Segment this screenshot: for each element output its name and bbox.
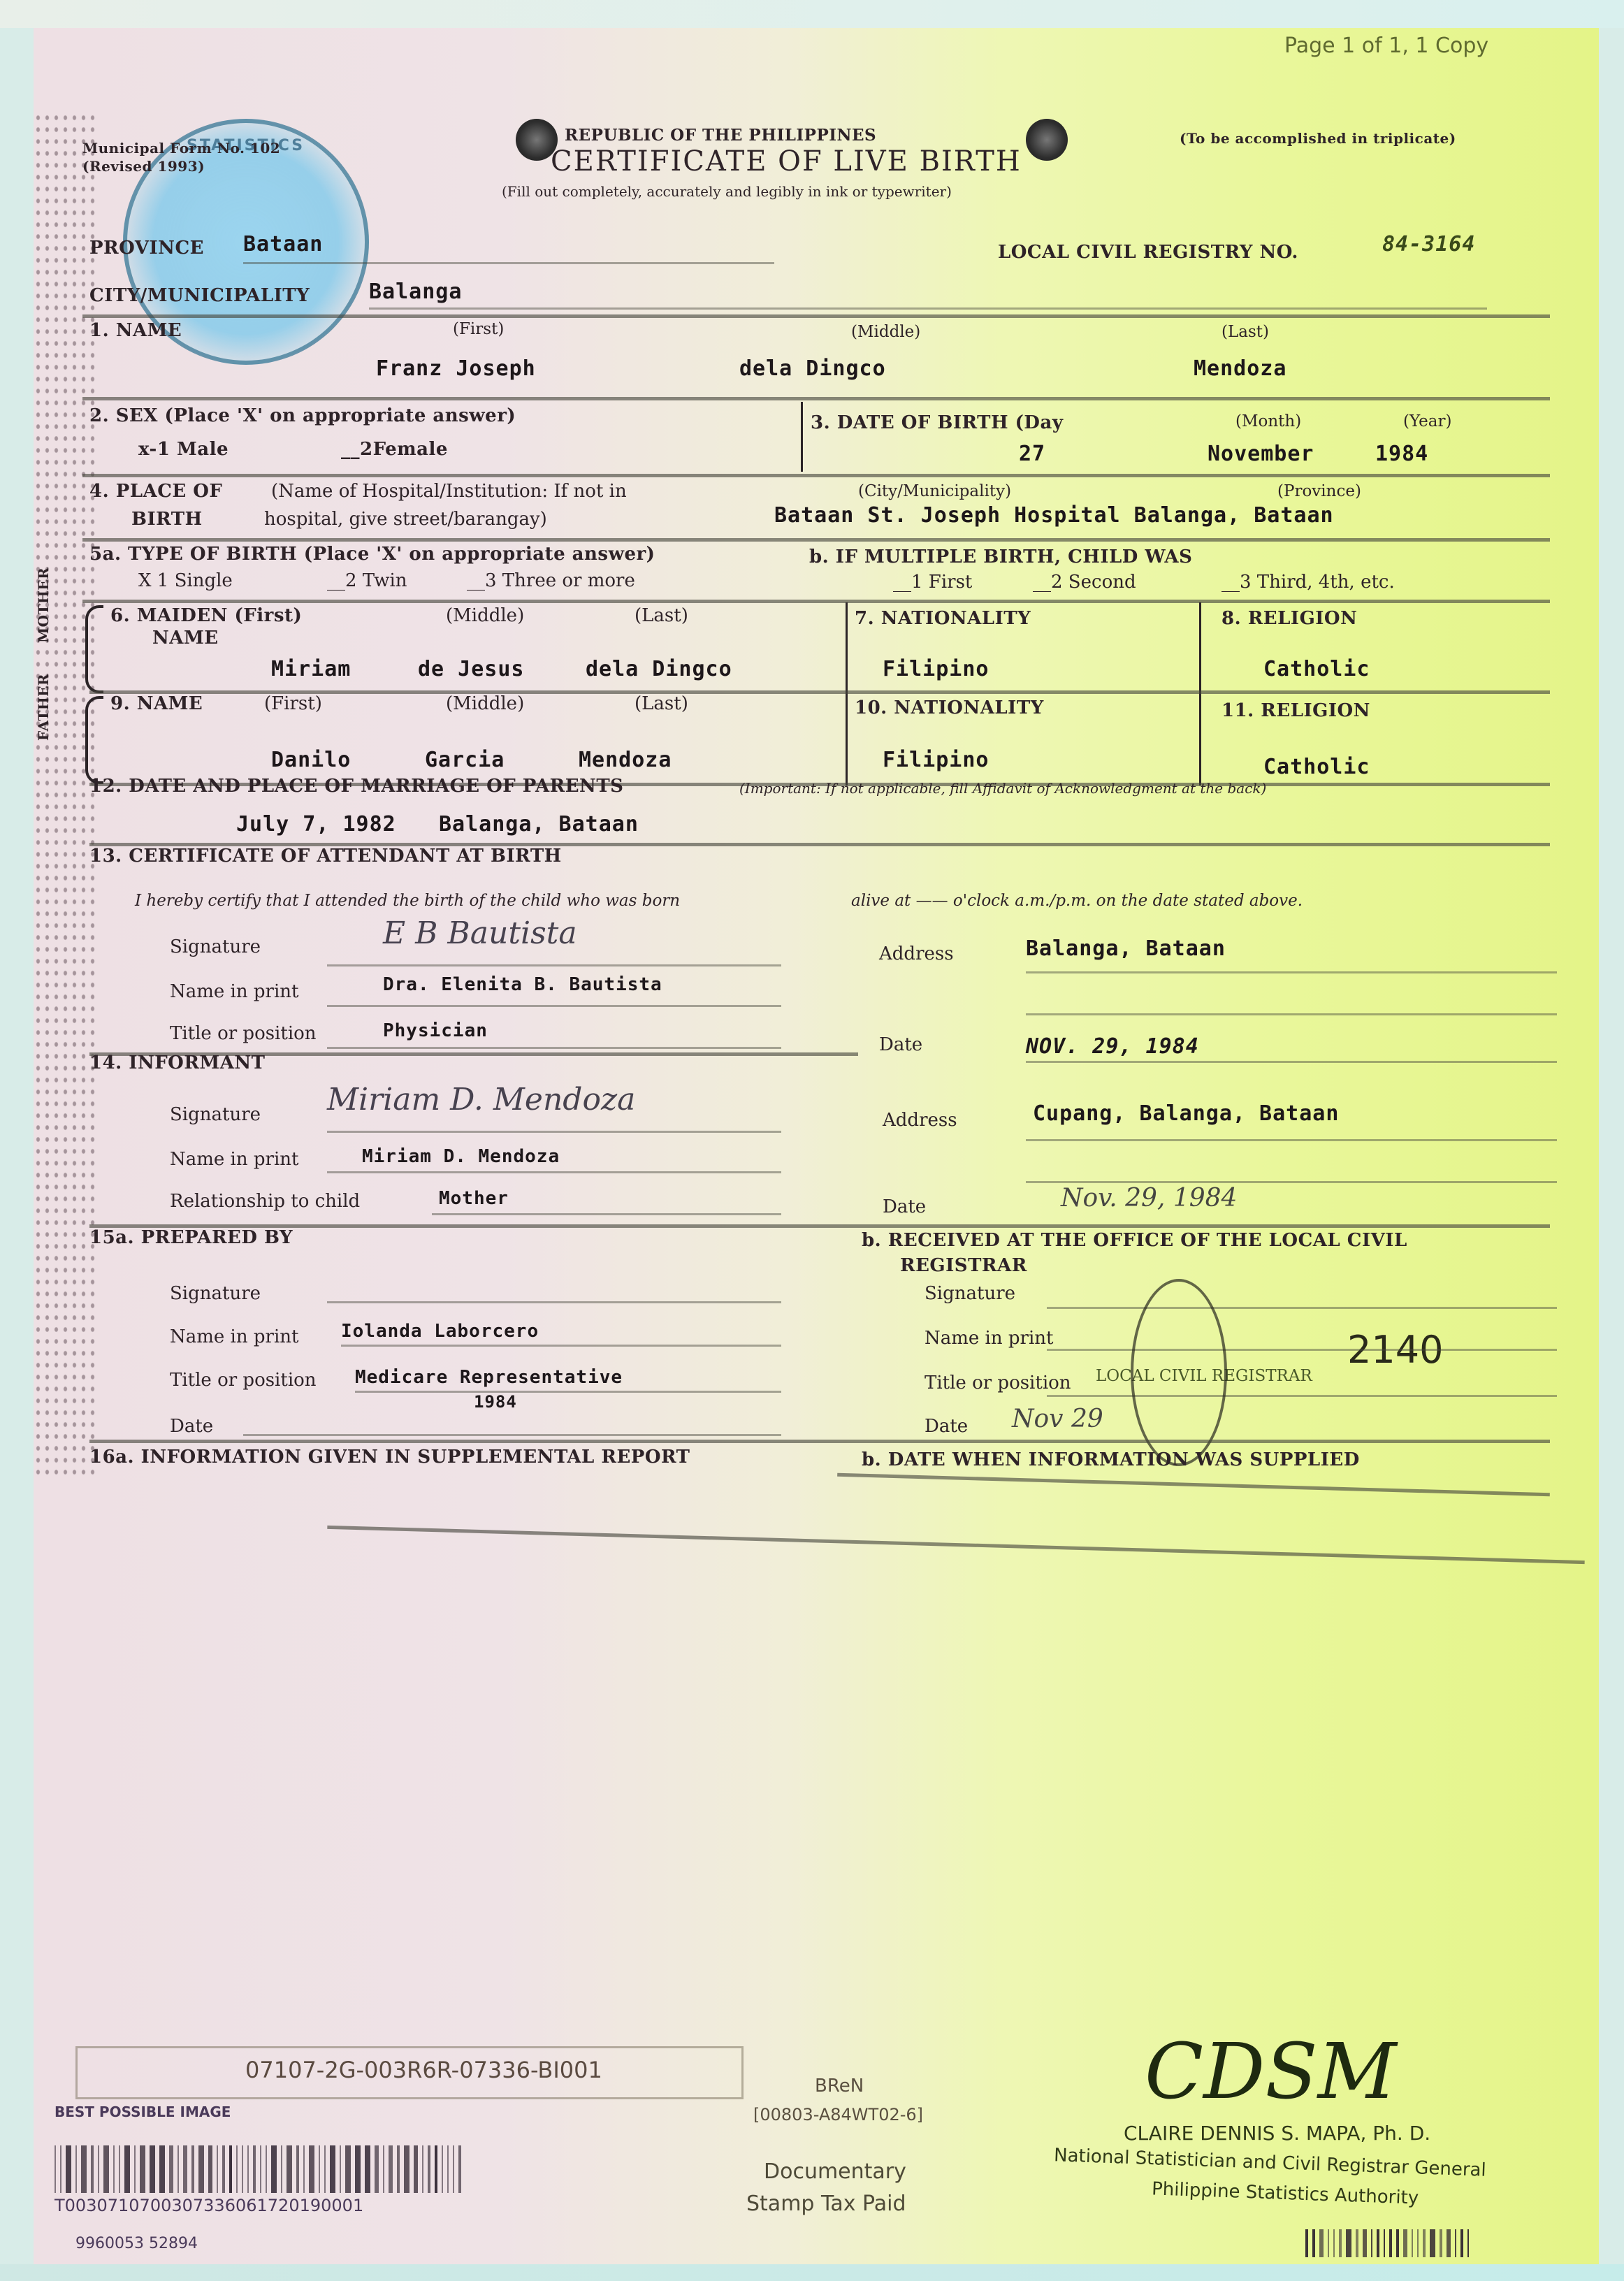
supplemental-date-label: b. DATE WHEN INFORMATION WAS SUPPLIED (862, 1449, 1360, 1470)
city-value: Balanga (369, 280, 462, 304)
marriage-note: (Important: If not applicable, fill Affi… (739, 780, 1266, 797)
father-religion: Catholic (1263, 755, 1370, 779)
civil-registrar-signature: CDSM (1145, 2027, 1396, 2116)
prepared-title: Medicare Representative (355, 1367, 623, 1388)
informant-signature-label: Signature (170, 1104, 261, 1125)
father-last-caption: (Last) (635, 693, 688, 714)
marriage-place: Balanga, Bataan (439, 812, 639, 837)
lcr-label: LOCAL CIVIL REGISTRY NO. (998, 242, 1298, 263)
serial-number: 9960053 52894 (75, 2235, 198, 2252)
prepared-name-label: Name in print (170, 1326, 298, 1347)
birth-certificate-document: Page 1 of 1, 1 Copy STATISTICS Municipal… (34, 28, 1599, 2264)
registrar-title: National Statistician and Civil Registra… (1054, 2145, 1487, 2181)
attendant-alive-text: alive at —— o'clock a.m./p.m. on the dat… (851, 892, 1303, 910)
sex-female-option: __2Female (341, 439, 448, 460)
sex-male-option: x-1 Male (138, 439, 229, 460)
father-last-name: Mendoza (579, 748, 672, 772)
type-of-birth-label: 5a. TYPE OF BIRTH (Place 'X' on appropri… (89, 544, 655, 565)
multiple-third-option: __3 Third, 4th, etc. (1221, 572, 1395, 593)
province-value: Bataan (243, 232, 323, 256)
mother-middle-name: de Jesus (418, 657, 525, 681)
attendant-name-label: Name in print (170, 981, 298, 1002)
attendant-address-label: Address (879, 943, 954, 964)
supplemental-report-label: 16a. INFORMATION GIVEN IN SUPPLEMENTAL R… (89, 1447, 690, 1468)
prepared-date-label: Date (170, 1416, 213, 1437)
informant-name: Miriam D. Mendoza (362, 1146, 560, 1167)
mother-last-caption: (Last) (635, 605, 688, 626)
place-of-birth-value: Bataan St. Joseph Hospital Balanga, Bata… (774, 503, 1334, 528)
document-barcode (55, 2145, 465, 2193)
province-label: PROVINCE (89, 238, 204, 259)
father-first-name: Danilo (271, 748, 351, 772)
father-side-label: FATHER (35, 674, 52, 741)
informant-relationship-label: Relationship to child (170, 1191, 360, 1212)
last-name-caption: (Last) (1221, 323, 1269, 341)
child-last-name: Mendoza (1194, 356, 1286, 381)
republic-heading: REPUBLIC OF THE PHILIPPINES (565, 126, 876, 145)
father-bracket (85, 696, 103, 784)
pob-hint-1: (Name of Hospital/Institution: If not in (271, 481, 627, 502)
page-indicator: Page 1 of 1, 1 Copy (1284, 34, 1488, 58)
attendant-certify-text: I hereby certify that I attended the bir… (135, 892, 680, 910)
triplicate-note: (To be accomplished in triplicate) (1180, 130, 1456, 147)
attendant-address: Balanga, Bataan (1026, 936, 1226, 961)
type-three-option: __3 Three or more (467, 570, 635, 591)
informant-signature: Miriam D. Mendoza (327, 1082, 635, 1117)
informant-section-label: 14. INFORMANT (89, 1052, 266, 1073)
dob-label: 3. DATE OF BIRTH (Day (811, 412, 1063, 433)
mother-middle-caption: (Middle) (446, 605, 524, 626)
informant-date: Nov. 29, 1984 (1061, 1184, 1237, 1212)
pob-city-caption: (City/Municipality) (858, 482, 1011, 500)
mother-side-label: MOTHER (35, 567, 52, 643)
father-nationality-label: 10. NATIONALITY (855, 697, 1044, 718)
prepared-by-label: 15a. PREPARED BY (89, 1227, 293, 1248)
registrar-agency: Philippine Statistics Authority (1152, 2178, 1419, 2208)
multiple-first-option: __1 First (893, 572, 972, 593)
dob-month: November (1208, 442, 1314, 466)
received-date: Nov 29 (1012, 1405, 1103, 1433)
child-name-label: 1. NAME (89, 320, 182, 341)
mother-name-label: 6. MAIDEN (First) (110, 605, 302, 626)
type-single-option: X 1 Single (138, 570, 233, 591)
informant-address-label: Address (883, 1110, 957, 1131)
scan-bottom-edge (0, 2264, 1624, 2281)
prepared-name: Iolanda Laborcero (341, 1321, 539, 1342)
multiple-birth-label: b. IF MULTIPLE BIRTH, CHILD WAS (809, 546, 1192, 567)
pob-label-birth: BIRTH (131, 509, 203, 530)
barcode-digits: T0030710700307336061720190001 (55, 2196, 363, 2215)
dst-line-1: Documentary (764, 2159, 906, 2184)
father-religion-label: 11. RELIGION (1221, 700, 1370, 721)
attendant-name: Dra. Elenita B. Bautista (383, 974, 662, 995)
scan-top-edge (0, 0, 1624, 28)
dob-year: 1984 (1375, 442, 1428, 466)
prepared-title-label: Title or position (170, 1370, 317, 1391)
registrar-initial-signature (1131, 1279, 1227, 1466)
informant-name-label: Name in print (170, 1149, 298, 1170)
father-first-caption: (First) (264, 693, 322, 714)
received-label-2: REGISTRAR (900, 1255, 1027, 1276)
attendant-title-label: Title or position (170, 1023, 317, 1044)
attendant-signature-label: Signature (170, 936, 261, 957)
first-name-caption: (First) (453, 320, 504, 338)
informant-relationship: Mother (439, 1188, 509, 1209)
form-number: Municipal Form No. 102 (82, 140, 280, 157)
informant-date-label: Date (883, 1196, 926, 1217)
received-label: b. RECEIVED AT THE OFFICE OF THE LOCAL C… (862, 1230, 1407, 1251)
marriage-date: July 7, 1982 (236, 812, 396, 837)
attendant-section-label: 13. CERTIFICATE OF ATTENDANT AT BIRTH (89, 846, 562, 867)
middle-name-caption: (Middle) (851, 323, 920, 341)
dob-day: 27 (1019, 442, 1045, 466)
mother-nationality-label: 7. NATIONALITY (855, 608, 1031, 629)
mother-bracket (85, 605, 103, 693)
received-date-label: Date (925, 1416, 968, 1437)
city-label: CITY/MUNICIPALITY (89, 285, 310, 306)
attendant-date-label: Date (879, 1034, 922, 1055)
document-title: CERTIFICATE OF LIVE BIRTH (551, 145, 1022, 178)
father-nationality: Filipino (883, 748, 989, 772)
pob-province-caption: (Province) (1277, 482, 1361, 500)
sex-label: 2. SEX (Place 'X' on appropriate answer) (89, 405, 516, 426)
attendant-signature: E B Bautista (383, 915, 577, 951)
type-twin-option: __2 Twin (327, 570, 407, 591)
informant-address: Cupang, Balanga, Bataan (1033, 1101, 1339, 1126)
father-middle-name: Garcia (425, 748, 505, 772)
multiple-second-option: __2 Second (1033, 572, 1136, 593)
received-signature-label: Signature (925, 1283, 1015, 1304)
prepared-signature-label: Signature (170, 1283, 261, 1304)
registrar-name: CLAIRE DENNIS S. MAPA, Ph. D. (1124, 2122, 1430, 2145)
marriage-label: 12. DATE AND PLACE OF MARRIAGE OF PARENT… (89, 776, 623, 797)
received-name-label: Name in print (925, 1328, 1053, 1349)
security-barcode (1305, 2229, 1473, 2257)
pob-hint-2: hospital, give street/barangay) (264, 509, 547, 530)
dst-line-2: Stamp Tax Paid (746, 2192, 906, 2216)
attendant-title: Physician (383, 1020, 488, 1041)
mother-religion: Catholic (1263, 657, 1370, 681)
received-title-label: Title or position (925, 1373, 1071, 1393)
pob-label: 4. PLACE OF (89, 481, 222, 502)
mother-nationality: Filipino (883, 657, 989, 681)
dob-month-caption: (Month) (1235, 412, 1301, 430)
attendant-date: NOV. 29, 1984 (1026, 1034, 1199, 1059)
mother-name-label-2: NAME (152, 628, 219, 649)
child-middle-name: dela Dingco (739, 356, 886, 381)
bren-label: BReN (815, 2076, 864, 2097)
mother-last-name: dela Dingco (586, 657, 732, 681)
lcr-number: 84-3164 (1382, 232, 1475, 256)
mother-first-name: Miriam (271, 657, 351, 681)
fill-instruction: (Fill out completely, accurately and leg… (502, 183, 952, 200)
philippine-seal-right-icon (1026, 119, 1068, 161)
best-possible-image-label: BEST POSSIBLE IMAGE (55, 2103, 231, 2120)
bren-value: [00803-A84WT02-6] (753, 2105, 923, 2124)
reference-number: 07107-2G-003R6R-07336-BI001 (245, 2057, 602, 2083)
prepared-year: 1984 (474, 1392, 517, 1412)
dob-year-caption: (Year) (1403, 412, 1451, 430)
form-revision: (Revised 1993) (82, 158, 205, 175)
father-name-label: 9. NAME (110, 693, 203, 714)
child-first-name: Franz Joseph (376, 356, 536, 381)
reference-number-box: 07107-2G-003R6R-07336-BI001 (75, 2046, 744, 2099)
mother-religion-label: 8. RELIGION (1221, 608, 1357, 629)
father-middle-caption: (Middle) (446, 693, 524, 714)
